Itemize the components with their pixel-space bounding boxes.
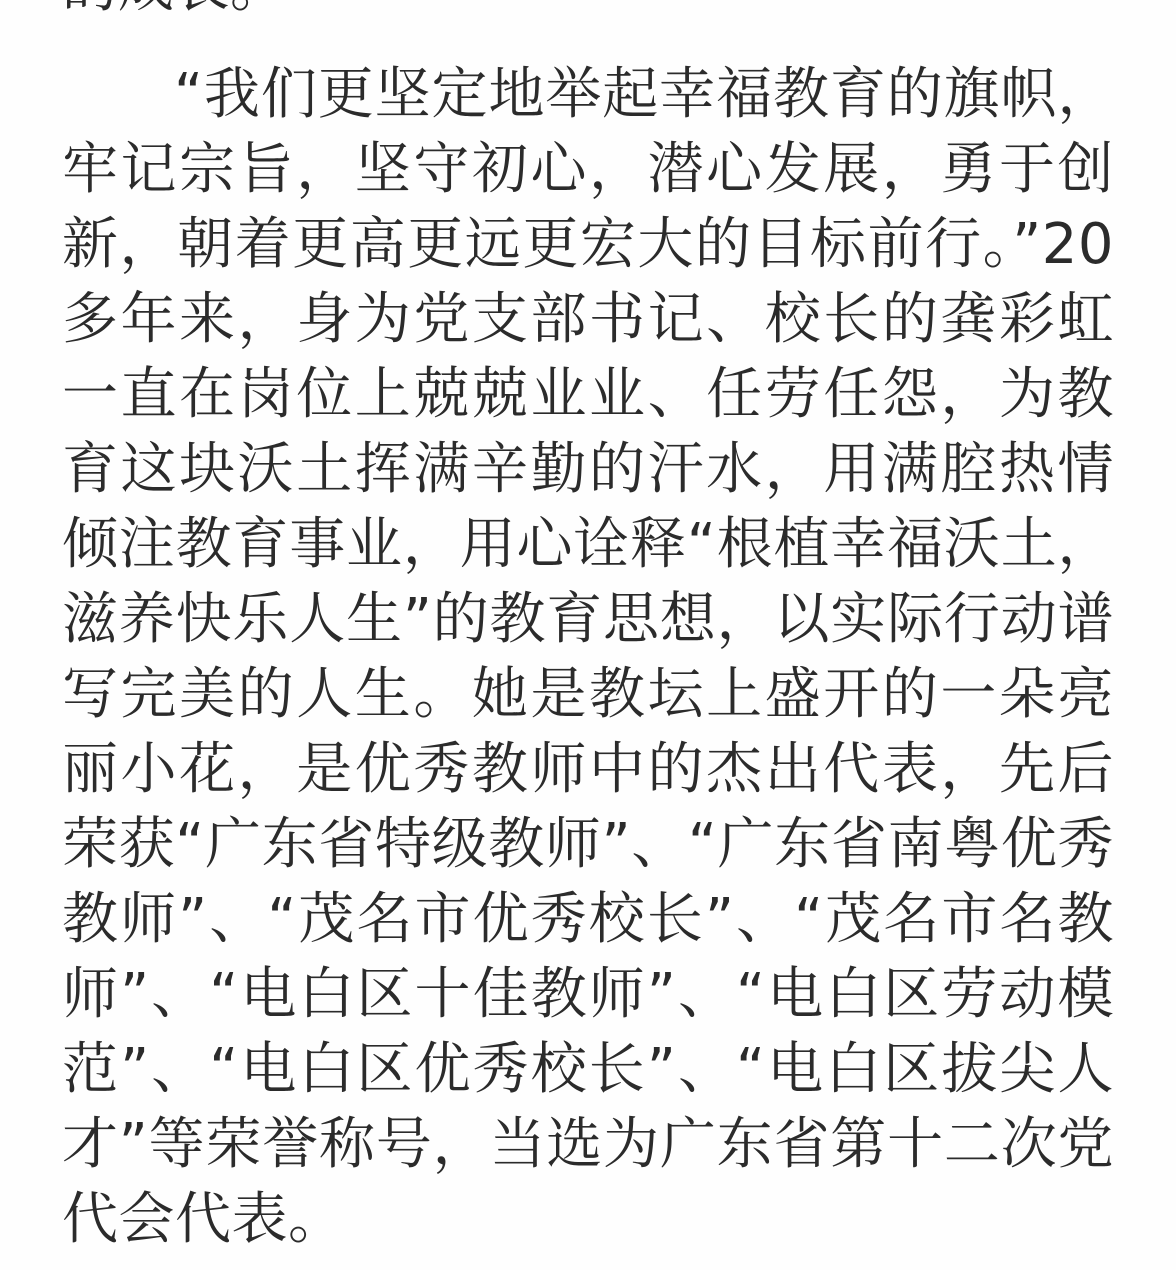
page: { "page": { "background_color": "#fefefe… xyxy=(0,0,1176,1270)
paragraph-line: 倾注教育事业，用心诠释“根植幸福沃土， xyxy=(62,507,1114,582)
paragraph-line: 写完美的人生。她是教坛上盛开的一朵亮 xyxy=(62,657,1114,732)
paragraph-line: 教师”、“茂名市优秀校长”、“茂名市名教 xyxy=(62,882,1114,957)
paragraph-line: 滋养快乐人生”的教育思想，以实际行动谱 xyxy=(62,582,1114,657)
paragraph-line: 育这块沃土挥满辛勤的汗水，用满腔热情 xyxy=(62,432,1114,507)
paragraph-line: 多年来，身为党支部书记、校长的龚彩虹 xyxy=(62,282,1114,357)
paragraph-line: “我们更坚定地举起幸福教育的旗帜， xyxy=(62,57,1114,132)
paragraph-line: 范”、“电白区优秀校长”、“电白区拔尖人 xyxy=(62,1032,1114,1107)
paragraph-line: 一直在岗位上兢兢业业、任劳任怨，为教 xyxy=(62,357,1114,432)
paragraph-line: 才”等荣誉称号，当选为广东省第十二次党 xyxy=(62,1107,1114,1182)
main-paragraph: “我们更坚定地举起幸福教育的旗帜，牢记宗旨，坚守初心，潜心发展，勇于创新，朝着更… xyxy=(62,57,1114,1257)
article-body: 的成长。 “我们更坚定地举起幸福教育的旗帜，牢记宗旨，坚守初心，潜心发展，勇于创… xyxy=(0,0,1176,1257)
paragraph-line: 代会代表。 xyxy=(62,1182,1114,1257)
paragraph-line: 丽小花，是优秀教师中的杰出代表，先后 xyxy=(62,732,1114,807)
previous-paragraph-cutoff-line: 的成长。 xyxy=(62,0,1114,25)
paragraph-line: 师”、“电白区十佳教师”、“电白区劳动模 xyxy=(62,957,1114,1032)
paragraph-line: 牢记宗旨，坚守初心，潜心发展，勇于创 xyxy=(62,132,1114,207)
paragraph-line: 新，朝着更高更远更宏大的目标前行。”20 xyxy=(62,207,1114,282)
paragraph-line: 荣获“广东省特级教师”、“广东省南粤优秀 xyxy=(62,807,1114,882)
